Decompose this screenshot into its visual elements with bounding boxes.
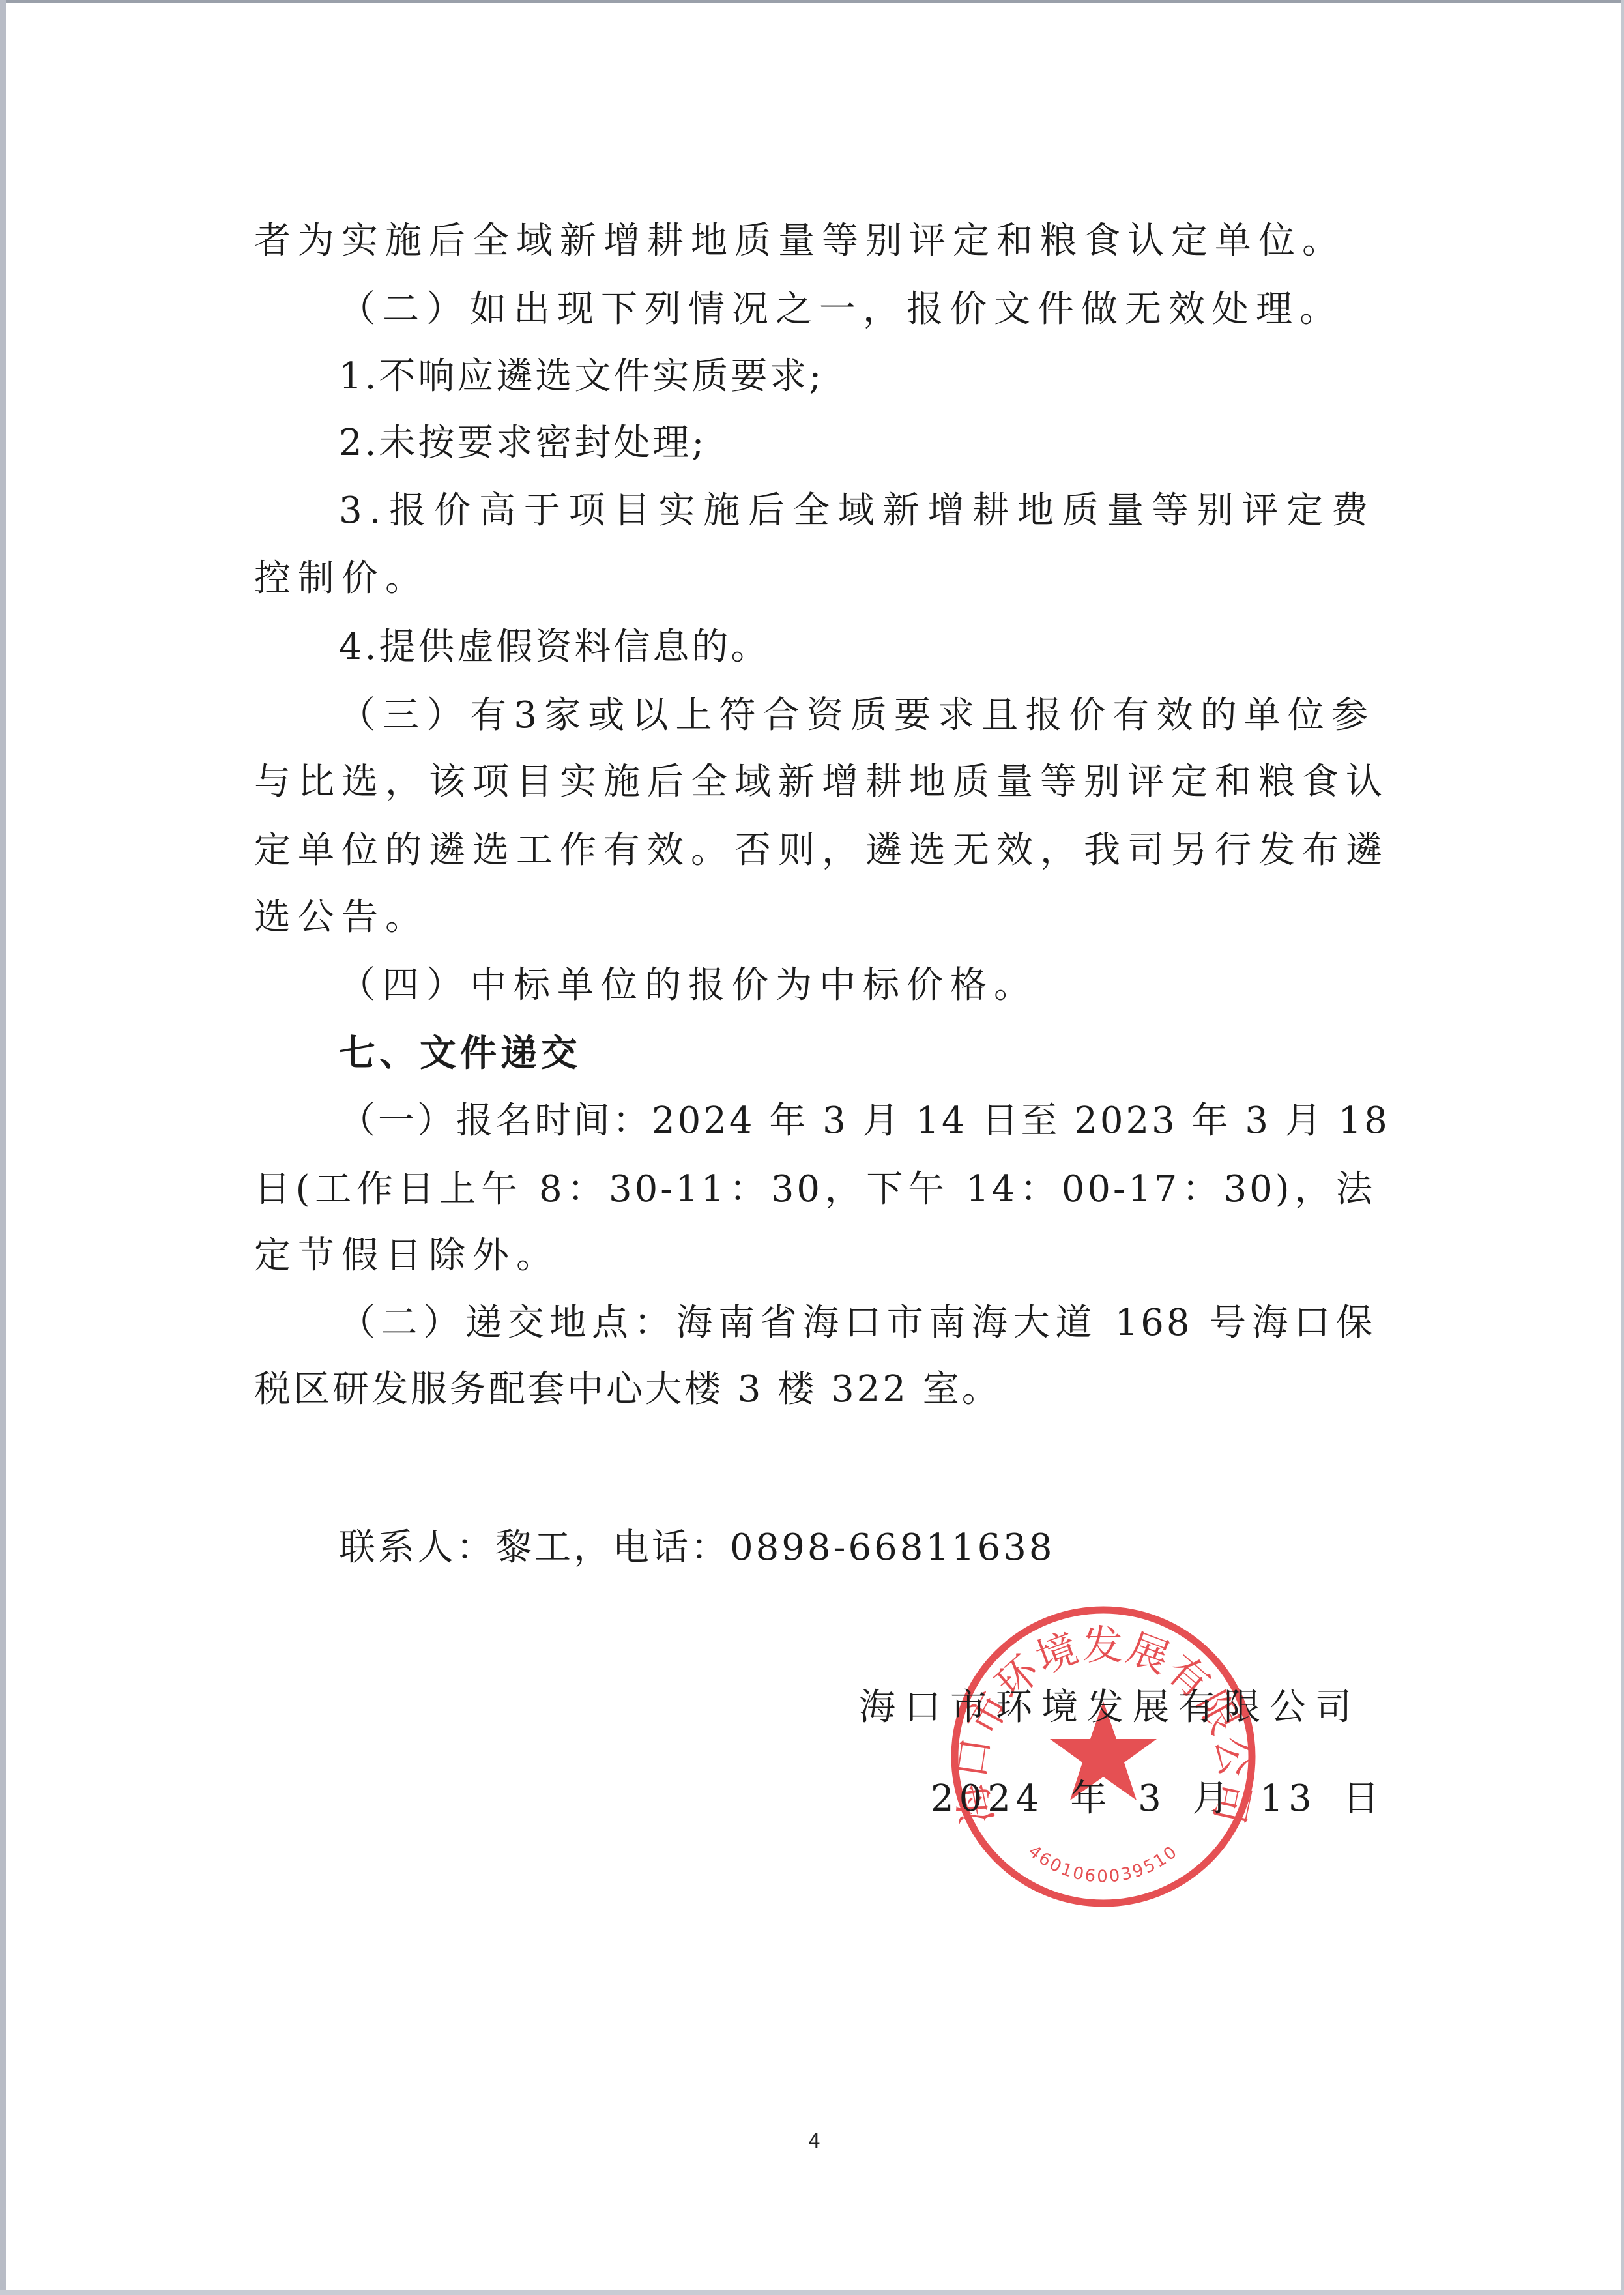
clause-3: （三）有3家或以上符合资质要求且报价有效的单位参: [339, 690, 1375, 742]
list-item-2: 2.未按要求密封处理;: [339, 417, 1375, 469]
scan-edge-right: [1621, 0, 1624, 2295]
signature-company: 海口市环境发展有限公司: [859, 1682, 1361, 1734]
clause-3-cont-2: 定单位的遴选工作有效。否则，遴选无效，我司另行发布遴: [254, 825, 1375, 877]
submission-location: （二）递交地点：海南省海口市南海大道 168 号海口保: [339, 1297, 1375, 1349]
svg-text:4601060039510: 4601060039510: [1024, 1841, 1182, 1886]
official-seal-icon: 海口市环境发展有限公司 4601060039510: [948, 1603, 1258, 1910]
scan-edge-bottom: [0, 2290, 1624, 2295]
scan-edge-top: [6, 0, 1624, 3]
page-number: 4: [808, 2130, 820, 2153]
submission-location-cont: 税区研发服务配套中心大楼 3 楼 322 室。: [254, 1364, 1375, 1416]
contact-info: 联系人：黎工，电话：0898-66811638: [339, 1522, 1375, 1574]
scan-edge-left: [0, 0, 6, 2295]
list-item-1: 1.不响应遴选文件实质要求;: [339, 351, 1375, 403]
registration-time: （一）报名时间：2024 年 3 月 14 日至 2023 年 3 月 18: [339, 1095, 1375, 1147]
clause-3-cont-1: 与比选，该项目实施后全域新增耕地质量等别评定和粮食认: [254, 756, 1375, 808]
body-line: 者为实施后全域新增耕地质量等别评定和粮食认定单位。: [254, 215, 1375, 267]
signature-date: 2024 年 3 月 13 日: [931, 1773, 1384, 1825]
clause-2-heading: （二）如出现下列情况之一，报价文件做无效处理。: [339, 284, 1375, 336]
registration-time-cont-2: 定节假日除外。: [254, 1230, 1375, 1282]
clause-3-cont-3: 选公告。: [254, 892, 1375, 944]
document-page: 者为实施后全域新增耕地质量等别评定和粮食认定单位。 （二）如出现下列情况之一，报…: [0, 0, 1624, 2295]
registration-time-cont-1: 日(工作日上午 8：30-11：30，下午 14：00-17：30)，法: [254, 1163, 1375, 1216]
seal-code: 4601060039510: [1024, 1841, 1182, 1886]
list-item-3: 3.报价高于项目实施后全域新增耕地质量等别评定费: [339, 485, 1375, 537]
clause-4: （四）中标单位的报价为中标价格。: [339, 959, 1375, 1012]
list-item-4: 4.提供虚假资料信息的。: [339, 621, 1375, 673]
list-item-3-cont: 控制价。: [254, 553, 1375, 605]
section-heading: 七、文件递交: [339, 1028, 1375, 1080]
